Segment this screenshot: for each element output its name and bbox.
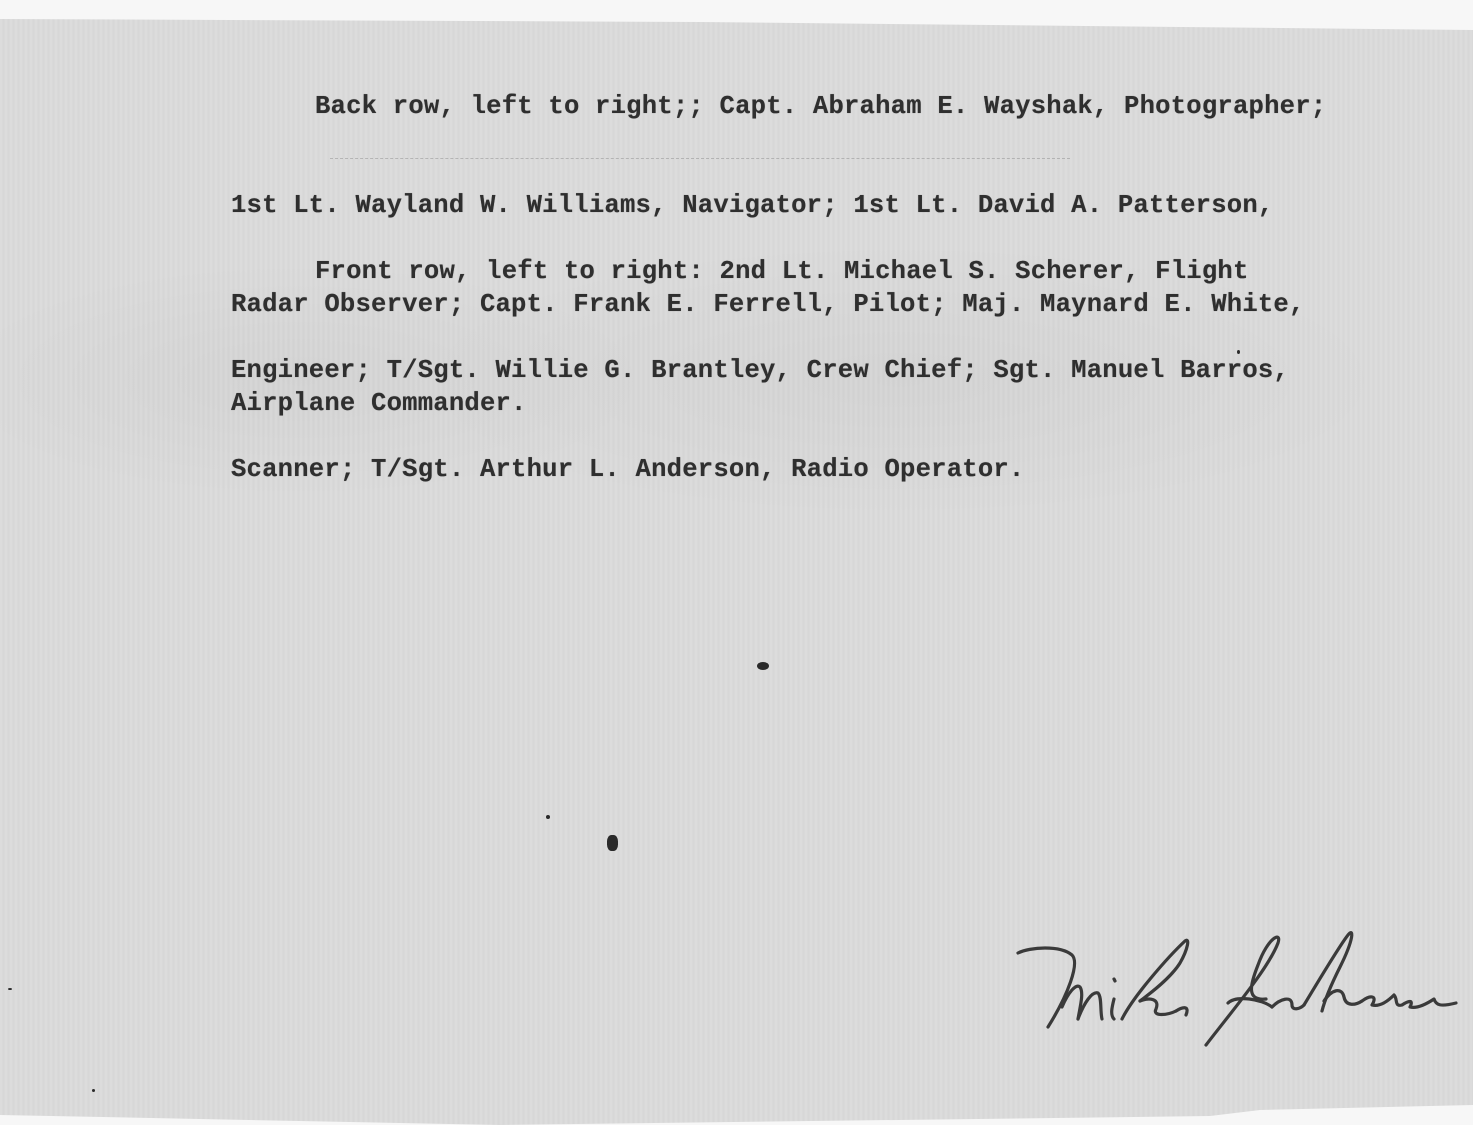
ink-speck: [1237, 350, 1240, 354]
text-line: Front row, left to right: 2nd Lt. Michae…: [231, 255, 1289, 288]
ink-speck: [607, 835, 618, 851]
text-line: Engineer; T/Sgt. Willie G. Brantley, Cre…: [231, 354, 1289, 387]
paragraph-front-row: Front row, left to right: 2nd Lt. Michae…: [231, 189, 1289, 552]
text-line: Back row, left to right;; Capt. Abraham …: [231, 90, 1326, 123]
handwritten-signature: Mike Scherer: [1010, 915, 1460, 1055]
ink-speck: [92, 1089, 95, 1092]
text-line: Scanner; T/Sgt. Arthur L. Anderson, Radi…: [231, 453, 1289, 486]
ink-speck: [757, 662, 769, 670]
ink-speck: [546, 815, 550, 819]
ink-speck: [8, 988, 12, 990]
scanned-page: Back row, left to right;; Capt. Abraham …: [0, 0, 1473, 1125]
